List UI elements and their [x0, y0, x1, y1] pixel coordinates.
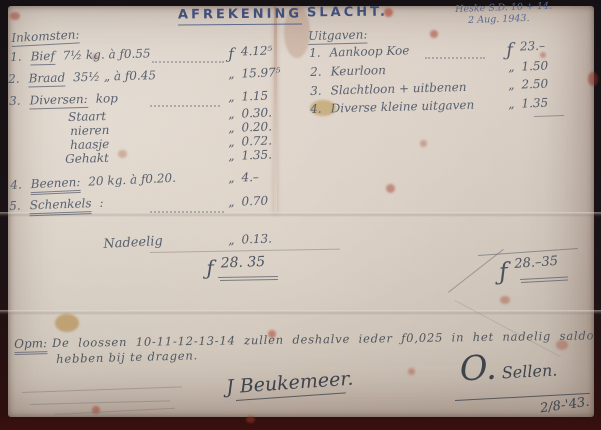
ditto-mark: „ — [228, 121, 235, 135]
stain — [588, 72, 598, 86]
stain — [408, 368, 415, 375]
corner-date: 2 Aug. 1943. — [468, 13, 530, 26]
ditto-mark: „ — [228, 90, 235, 104]
crease-horizontal-lower — [0, 310, 601, 315]
stain — [500, 296, 510, 304]
photo-background: AFREKENING SLACHT. Heske S.D. 10 + 14. 2… — [0, 0, 601, 430]
stain — [246, 416, 255, 423]
dot-leader — [152, 55, 224, 63]
ditto-mark: „ — [508, 78, 515, 92]
ditto-mark: „ — [228, 135, 235, 149]
ditto-mark: „ — [228, 107, 235, 121]
income-subrow: Gehakt — [65, 151, 109, 166]
florin-mark: ƒ — [498, 257, 509, 286]
deficit-label: Nadeelig — [103, 234, 163, 252]
income-subrow: Staart — [68, 109, 106, 124]
ditto-mark: „ — [508, 97, 515, 111]
dot-leader — [150, 205, 224, 213]
ditto-mark: „ — [228, 195, 235, 209]
expense-row: 1.Aankoop Koe — [309, 43, 410, 60]
expenses-heading: Uitgaven: — [308, 27, 368, 45]
ditto-mark: „ — [228, 171, 235, 185]
ditto-mark: „ — [228, 149, 235, 163]
doc-title-slacht: SLACHT. — [307, 5, 388, 23]
note-label: Opm: — [14, 336, 47, 355]
crease-vertical — [274, 6, 277, 214]
stain — [420, 140, 427, 147]
florin-mark: ƒ — [506, 40, 513, 61]
income-subrow: nieren — [70, 123, 110, 138]
stain — [55, 314, 79, 332]
stain — [10, 12, 20, 20]
doc-title-afrekening: AFREKENING — [178, 6, 302, 25]
income-subrow: haasje — [70, 137, 109, 152]
dot-leader — [150, 99, 220, 107]
florin-mark: ƒ — [206, 256, 214, 280]
ditto-mark: „ — [228, 67, 235, 81]
stain — [118, 150, 127, 158]
ditto-mark: „ — [228, 233, 235, 247]
income-row: 5.Schenkels: — [9, 196, 104, 213]
florin-mark: ƒ — [228, 45, 234, 63]
stain — [386, 184, 395, 193]
dot-leader — [425, 51, 485, 59]
income-row: 3.Diversen:kop — [9, 91, 118, 108]
expense-row: 2.Keurloon — [310, 63, 386, 79]
stain — [430, 30, 438, 38]
ditto-mark: „ — [508, 60, 515, 74]
